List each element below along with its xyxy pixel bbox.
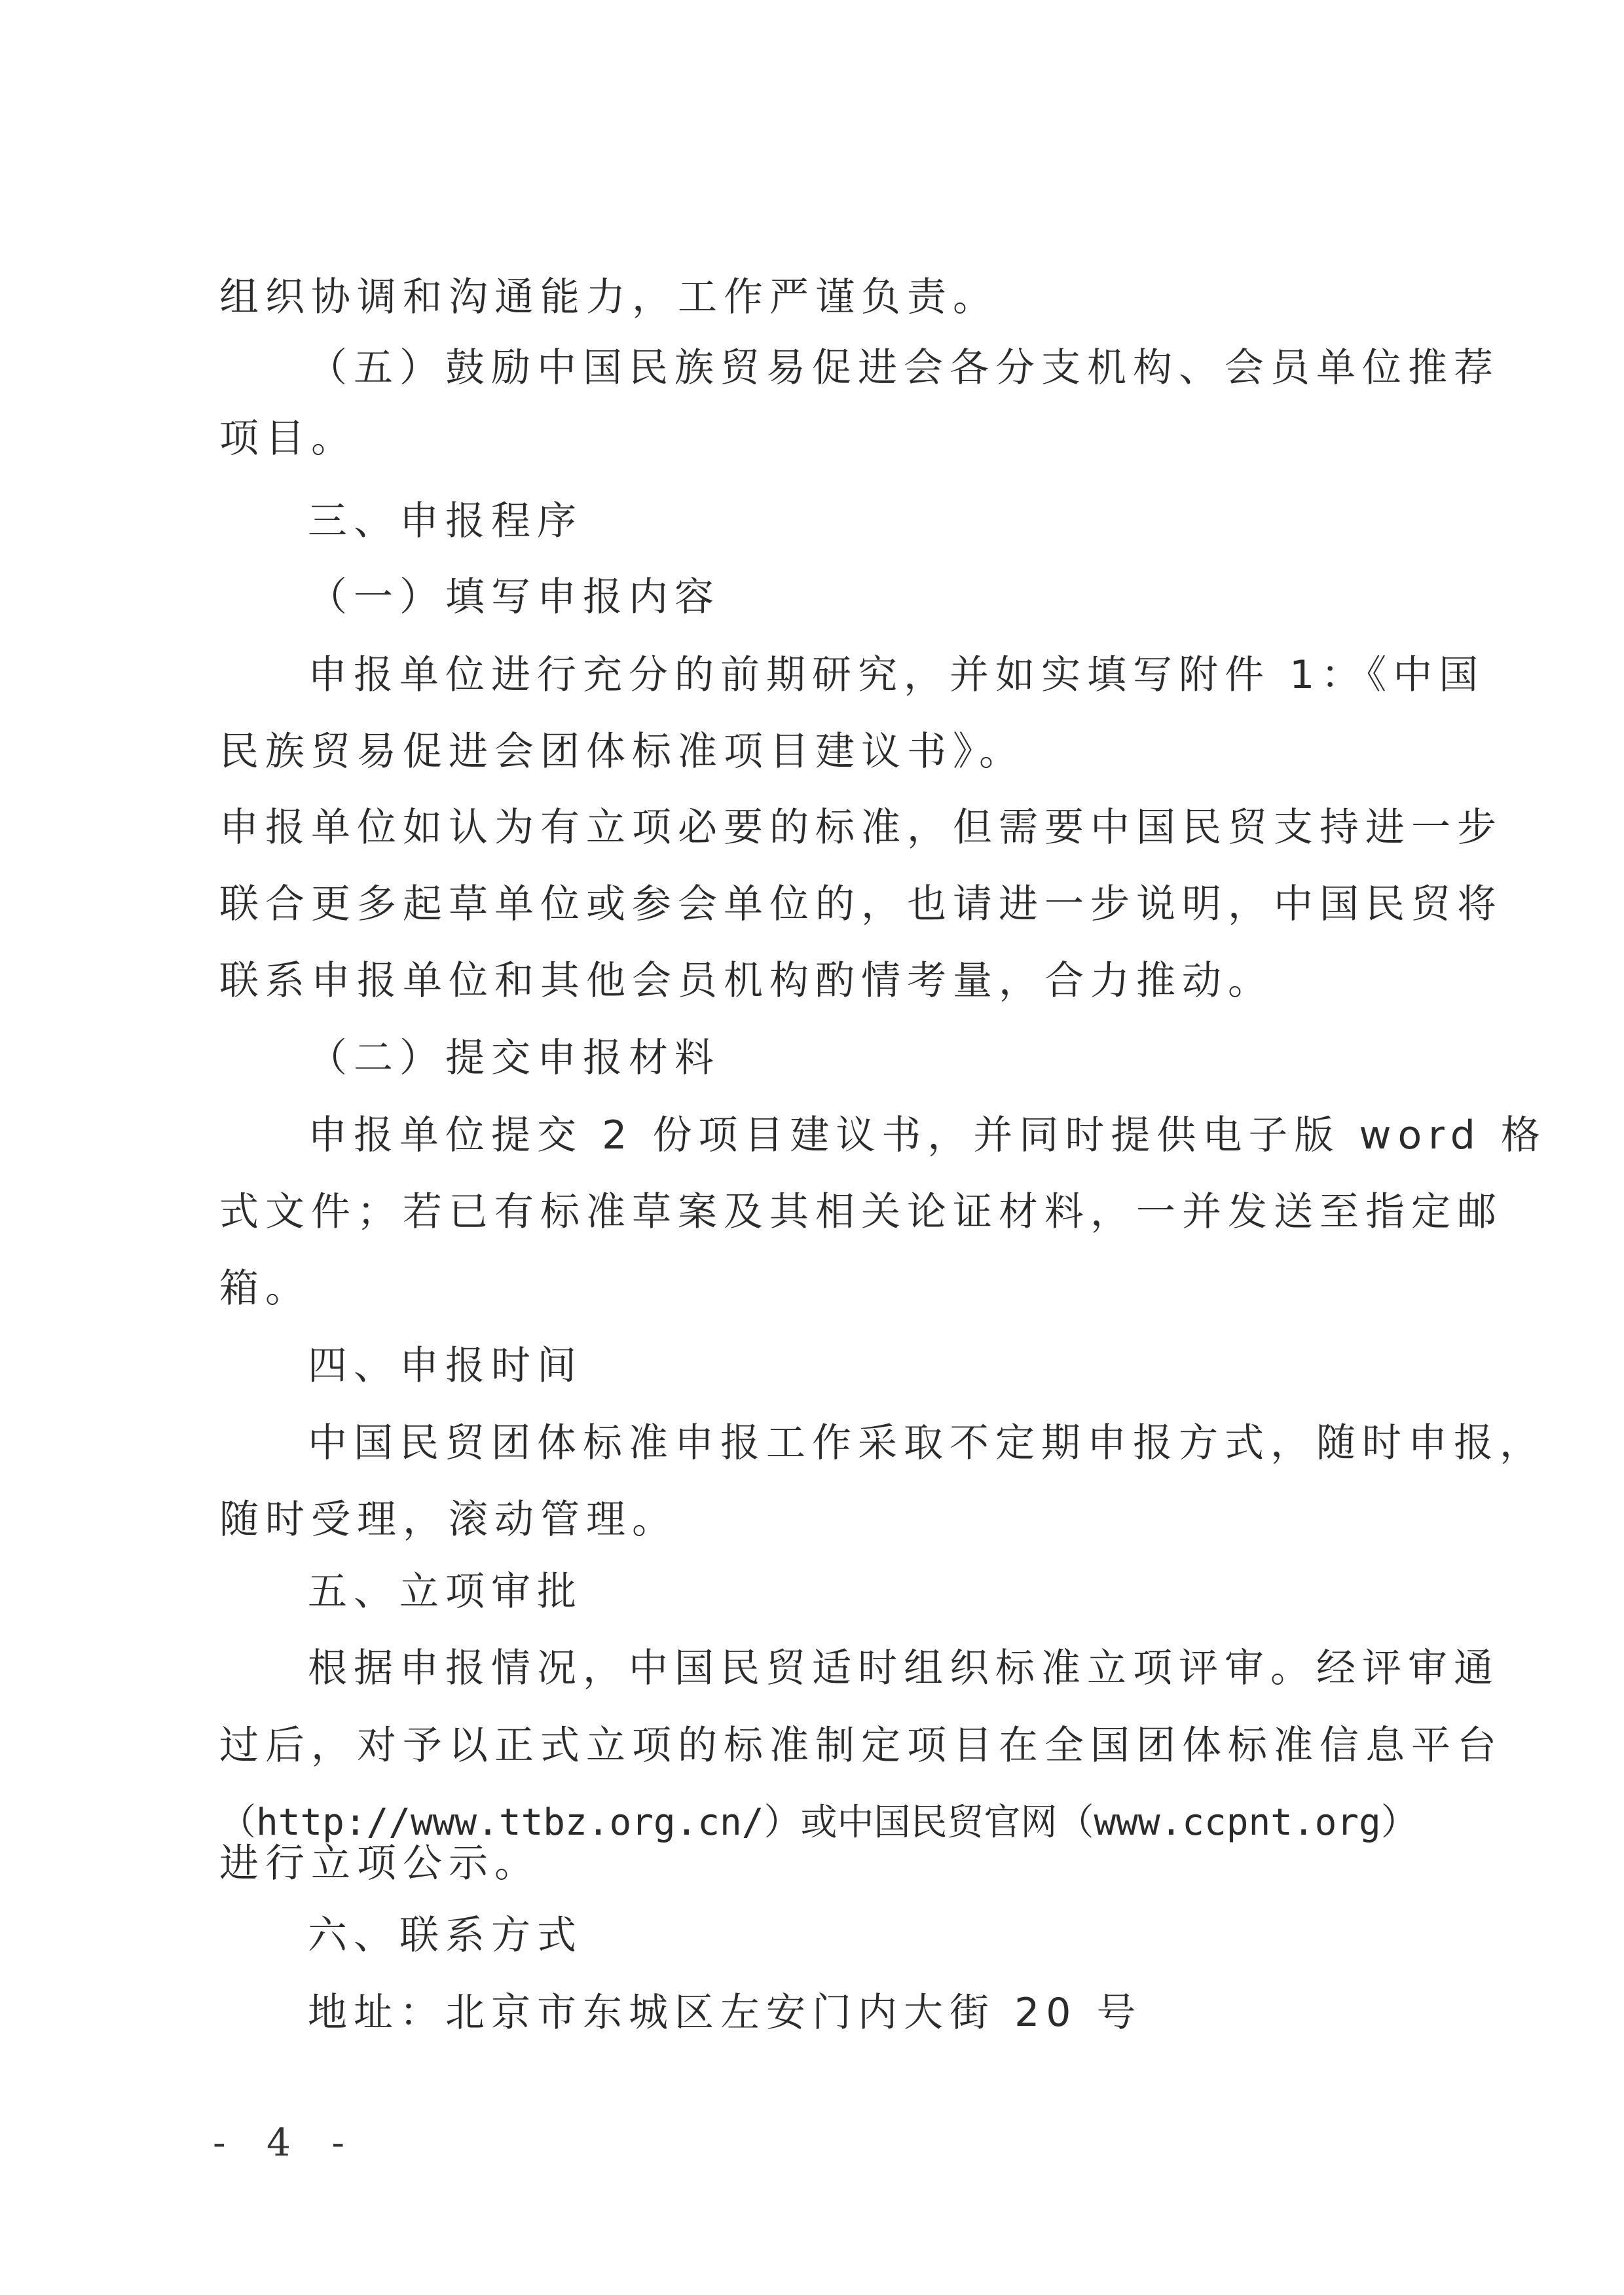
paragraph-line: 根据申报情况，中国民贸适时组织标准立项评审。经评审通 <box>308 1645 1411 1692</box>
paragraph-line: 中国民贸团体标准申报工作采取不定期申报方式，随时申报， <box>308 1420 1411 1467</box>
address-line: 地址：北京市东城区左安门内大街 20 号 <box>308 1989 1143 2036</box>
subsection-heading-1: （一）填写申报内容 <box>308 574 720 621</box>
paragraph-line: 随时受理，滚动管理。 <box>219 1496 678 1543</box>
paragraph-line: 申报单位进行充分的前期研究，并如实填写附件 1：《中国 <box>308 652 1411 699</box>
paragraph-line: 过后，对予以正式立项的标准制定项目在全国团体标准信息平台 <box>219 1722 1411 1769</box>
paragraph-line: 式文件；若已有标准草案及其相关论证材料，一并发送至指定邮 <box>219 1188 1411 1236</box>
paragraph-line: 联合更多起草单位或参会单位的，也请进一步说明，中国民贸将 <box>219 881 1411 928</box>
subsection-heading-2: （二）提交申报材料 <box>308 1035 720 1082</box>
paragraph-line: 民族贸易促进会团体标准项目建议书》。 <box>219 728 1025 775</box>
paragraph-line: 组织协调和沟通能力，工作严谨负责。 <box>219 274 999 321</box>
section-heading-4: 四、申报时间 <box>308 1342 583 1389</box>
document-page: 组织协调和沟通能力，工作严谨负责。 （五）鼓励中国民族贸易促进会各分支机构、会员… <box>0 0 1624 2295</box>
section-heading-6: 六、联系方式 <box>308 1912 583 1959</box>
section-heading-3: 三、申报程序 <box>308 498 583 545</box>
paragraph-line: 申报单位提交 2 份项目建议书，并同时提供电子版 word 格 <box>308 1112 1411 1159</box>
paragraph-line: 项目。 <box>219 415 357 462</box>
page-number: - 4 - <box>213 2120 359 2165</box>
paragraph-line: 箱。 <box>219 1265 311 1312</box>
section-item-5: （五）鼓励中国民族贸易促进会各分支机构、会员单位推荐 <box>308 344 1411 392</box>
paragraph-line: 申报单位如认为有立项必要的标准，但需要中国民贸支持进一步 <box>219 804 1411 851</box>
section-heading-5: 五、立项审批 <box>308 1568 583 1615</box>
paragraph-line: 进行立项公示。 <box>219 1840 540 1887</box>
paragraph-line: 联系申报单位和其他会员机构酌情考量，合力推动。 <box>219 957 1274 1004</box>
